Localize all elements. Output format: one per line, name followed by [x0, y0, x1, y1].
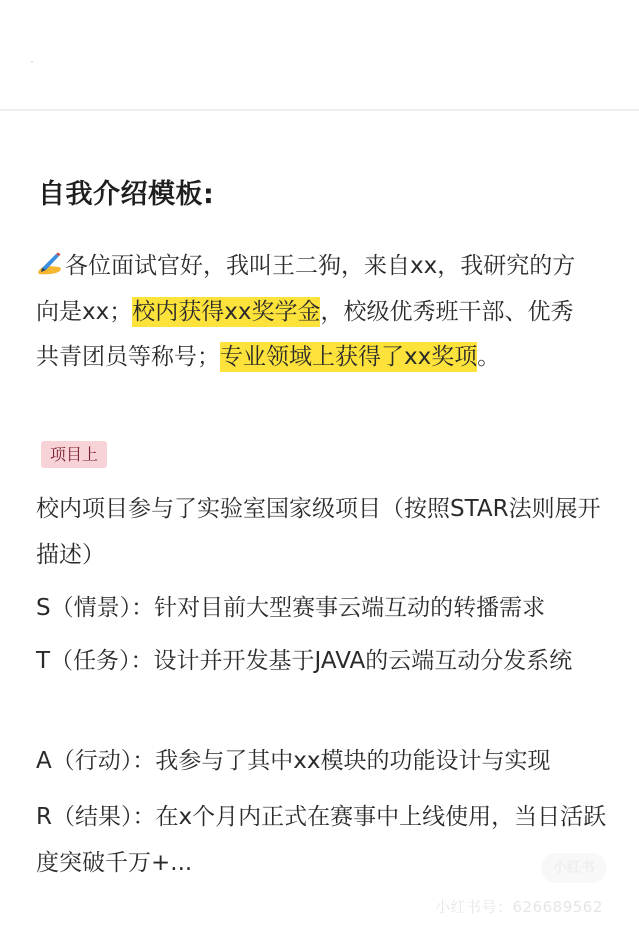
header-dot — [31, 61, 33, 63]
section-tag-projects: 项目上 — [41, 441, 107, 468]
intro-text-3: 。 — [477, 344, 500, 370]
watermark-id: 小红书号：626689562 — [435, 896, 603, 917]
intro-paragraph: 各位面试官好，我叫王二狗，来自xx，我研究的方向是xx；校内获得xx奖学金，校级… — [36, 244, 596, 381]
star-action: A（行动）：我参与了其中xx模块的功能设计与实现 — [36, 738, 611, 784]
highlight-scholarship: 校内获得xx奖学金 — [132, 297, 320, 327]
highlight-award: 专业领域上获得了xx奖项 — [220, 342, 477, 372]
project-intro: 校内项目参与了实验室国家级项目（按照STAR法则展开描述） — [36, 486, 611, 578]
page-title: 自我介绍模板: — [38, 175, 214, 215]
star-situation: S（情景）：针对目前大型赛事云端互动的转播需求 — [36, 585, 611, 631]
writing-hand-icon — [36, 247, 64, 271]
star-result: R（结果）：在x个月内正式在赛事中上线使用，当日活跃度突破千万+... — [36, 794, 611, 886]
top-header-bar — [0, 0, 639, 111]
watermark-logo: 小红书 — [541, 853, 607, 883]
star-task: T（任务）：设计并开发基于JAVA的云端互动分发系统 — [36, 638, 611, 684]
